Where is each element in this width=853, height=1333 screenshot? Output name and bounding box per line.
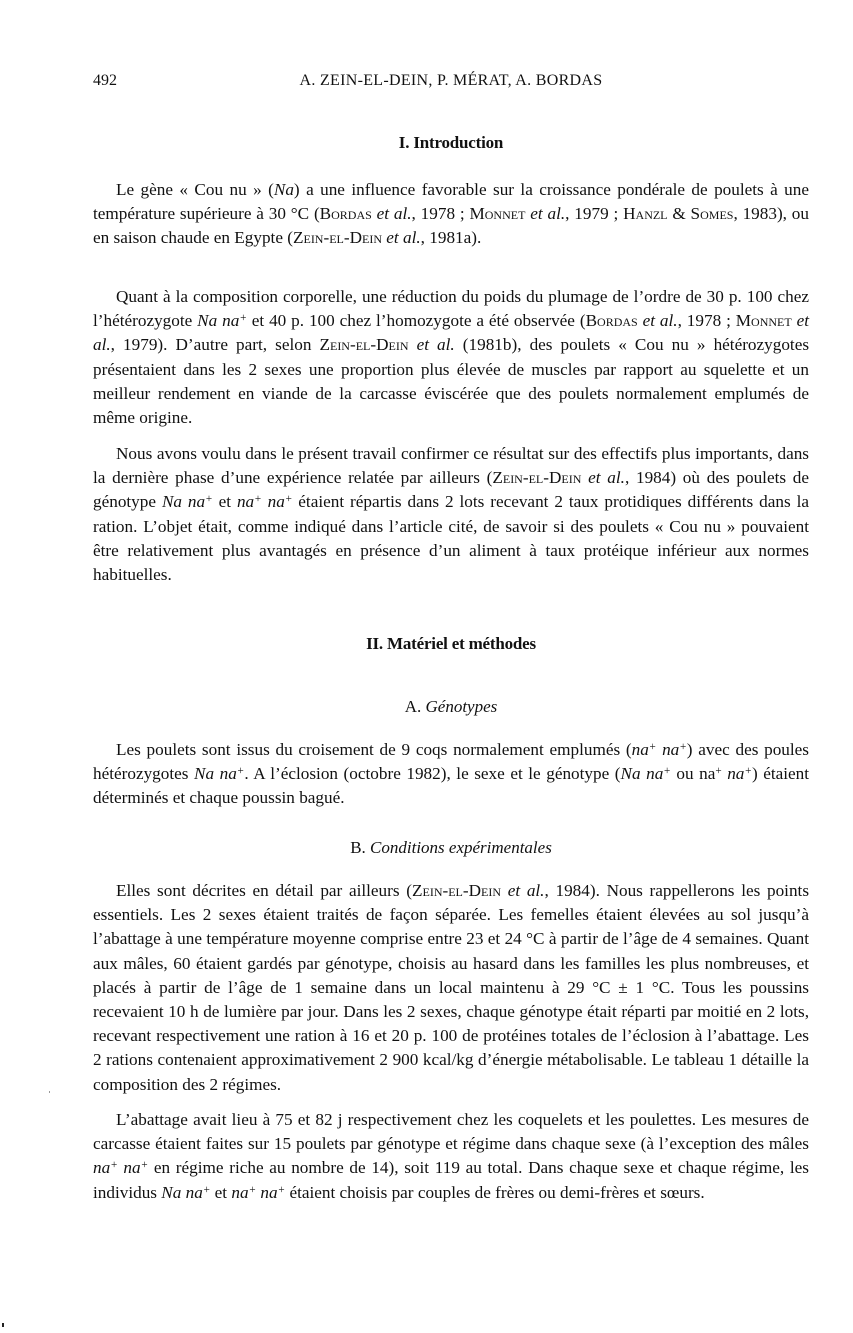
subsection-title-genotypes: A. Génotypes [93, 697, 809, 717]
paragraph-conditions-1: Elles sont décrites en détail par ailleu… [93, 879, 809, 1097]
section-title-introduction: I. Introduction [93, 133, 809, 153]
subsection-title-conditions: B. Conditions expérimentales [93, 838, 809, 858]
paragraph-conditions-2: L’abattage avait lieu à 75 et 82 j respe… [93, 1108, 809, 1205]
paragraph-intro-1: Le gène « Cou nu » (Na) a une influence … [93, 178, 809, 251]
section-title-materiel-methodes: II. Matériel et méthodes [93, 634, 809, 654]
paragraph-genotypes: Les poulets sont issus du croisement de … [93, 738, 809, 811]
paragraph-intro-3: Nous avons voulu dans le présent travail… [93, 442, 809, 587]
running-head-authors: A. ZEIN-EL-DEIN, P. MÉRAT, A. BORDAS [93, 72, 809, 90]
running-head: 492 A. ZEIN-EL-DEIN, P. MÉRAT, A. BORDAS [93, 72, 809, 92]
scan-mark [2, 1323, 4, 1327]
paragraph-intro-2: Quant à la composition corporelle, une r… [93, 285, 809, 430]
scan-mark [49, 1091, 50, 1093]
